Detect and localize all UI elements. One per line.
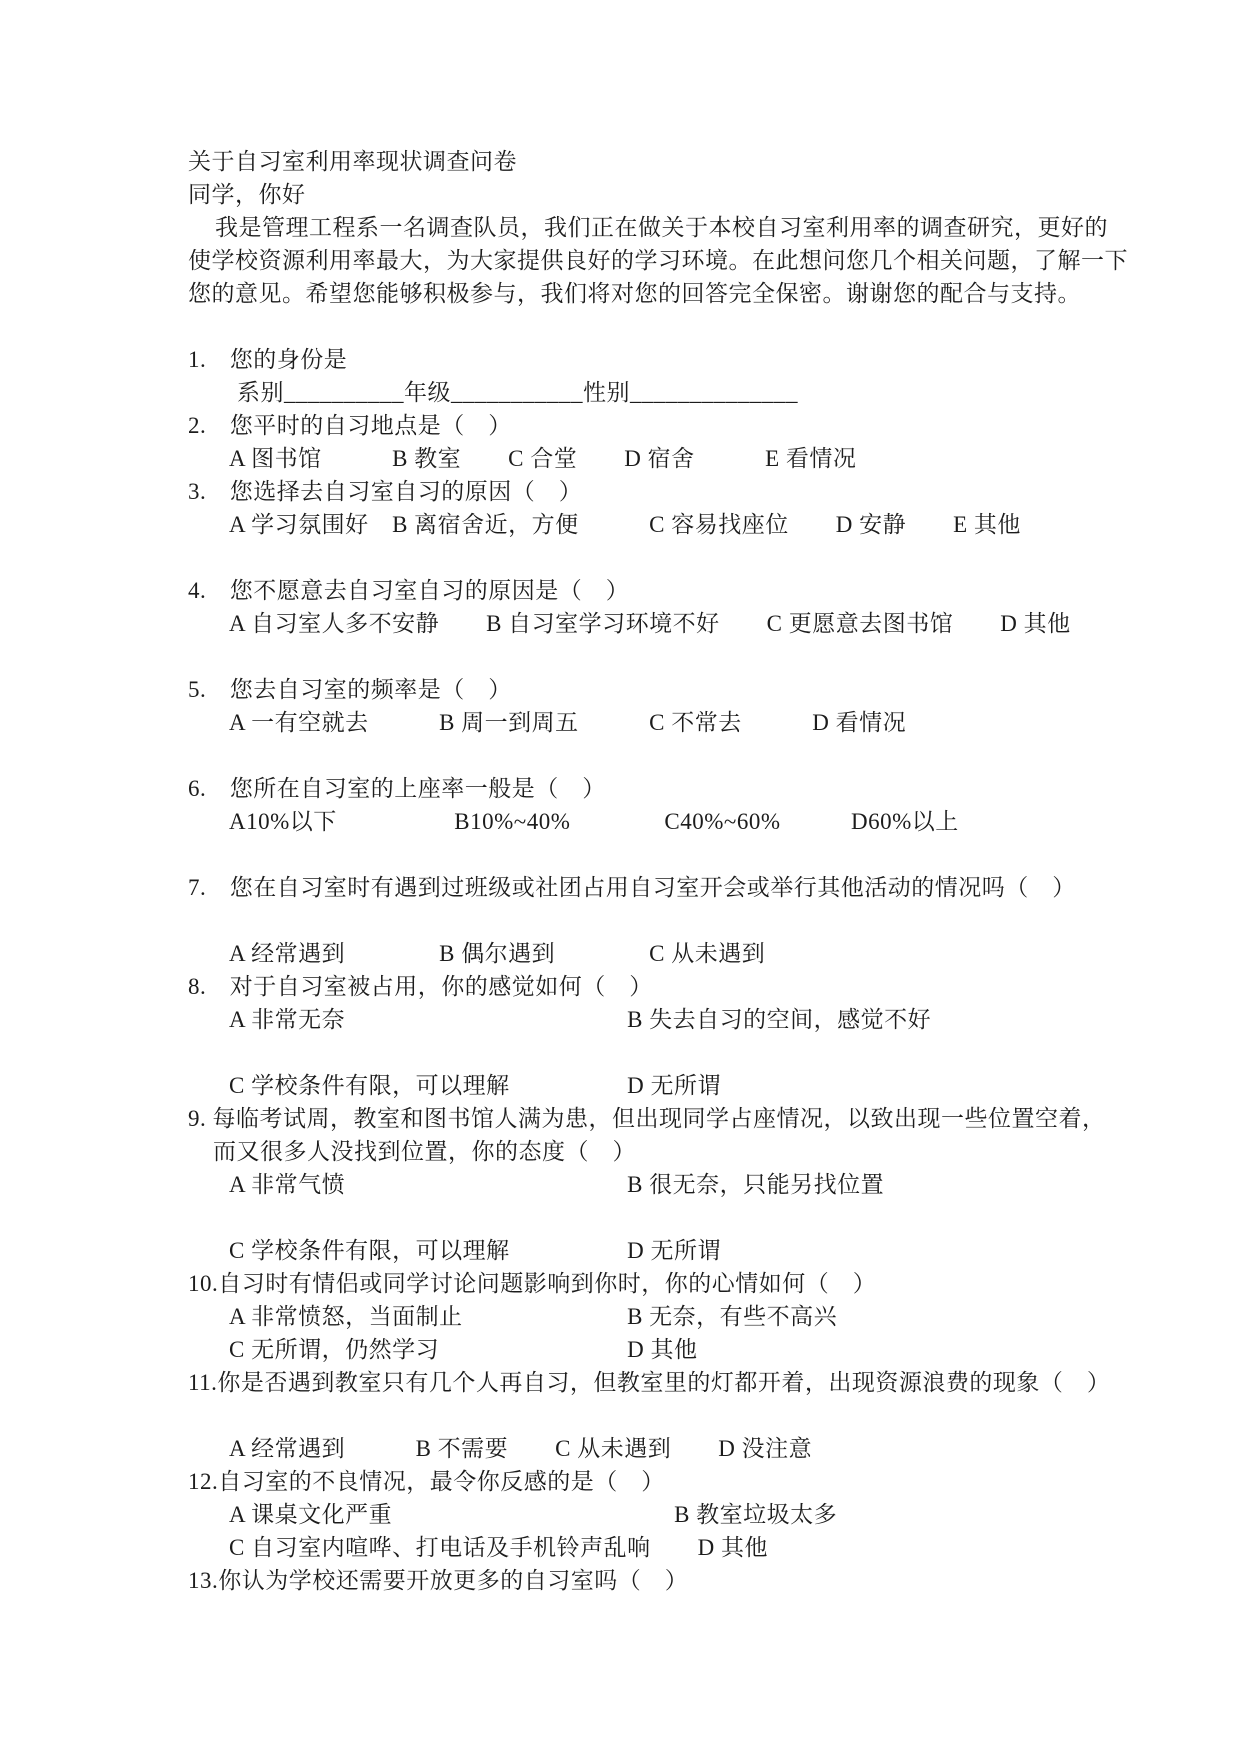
question-5-options-row-1: A 一有空就去 B 周一到周五 C 不常去 D 看情况 (188, 706, 1191, 739)
question-9: 9. 每临考试周，教室和图书馆人满为患，但出现同学占座情况，以致出现一些位置空着… (188, 1102, 1191, 1135)
spacer (188, 1201, 1191, 1234)
question-2-options-row-1: A 图书馆 B 教室 C 合堂 D 宿舍 E 看情况 (188, 442, 1191, 475)
question-8-options-row-1: A 非常无奈 B 失去自习的空间，感觉不好 (188, 1003, 1191, 1036)
question-10-options-row-1: A 非常愤怒，当面制止 B 无奈，有些不高兴 (188, 1300, 1191, 1333)
spacer (188, 541, 1191, 574)
question-11: 11.你是否遇到教室只有几个人再自习，但教室里的灯都开着，出现资源浪费的现象（ … (188, 1366, 1191, 1399)
spacer (188, 1036, 1191, 1069)
question-3-options-row-1: A 学习氛围好 B 离宿舍近，方便 C 容易找座位 D 安静 E 其他 (188, 508, 1191, 541)
question-12-options-row-2: C 自习室内喧哗、打电话及手机铃声乱响 D 其他 (188, 1531, 1191, 1564)
document-page: 关于自习室利用率现状调查问卷 同学，你好 我是管理工程系一名调查队员，我们正在做… (0, 0, 1241, 1754)
document-title: 关于自习室利用率现状调查问卷 (188, 145, 1191, 178)
intro-line-2: 使学校资源利用率最大，为大家提供良好的学习环境。在此想问您几个相关问题，了解一下 (188, 244, 1191, 277)
intro-line-3: 您的意见。希望您能够积极参与，我们将对您的回答完全保密。谢谢您的配合与支持。 (188, 277, 1191, 310)
question-13: 13.你认为学校还需要开放更多的自习室吗（ ） (188, 1564, 1191, 1597)
question-8-options-row-3: C 学校条件有限，可以理解 D 无所谓 (188, 1069, 1191, 1102)
spacer (188, 739, 1191, 772)
spacer (188, 640, 1191, 673)
question-1-fill-line: 系别__________年级___________性别_____________… (188, 376, 1191, 409)
question-11-options-row-1: A 经常遇到 B 不需要 C 从未遇到 D 没注意 (188, 1432, 1191, 1465)
spacer (188, 310, 1191, 343)
spacer (188, 904, 1191, 937)
question-12: 12.自习室的不良情况，最令你反感的是（ ） (188, 1465, 1191, 1498)
question-7: 7. 您在自习室时有遇到过班级或社团占用自习室开会或举行其他活动的情况吗（ ） (188, 871, 1191, 904)
question-4: 4. 您不愿意去自习室自习的原因是（ ） (188, 574, 1191, 607)
spacer (188, 1399, 1191, 1432)
question-1: 1. 您的身份是 (188, 343, 1191, 376)
question-5: 5. 您去自习室的频率是（ ） (188, 673, 1191, 706)
question-9-options-row-1: A 非常气愤 B 很无奈，只能另找位置 (188, 1168, 1191, 1201)
question-12-options-row-1: A 课桌文化严重 B 教室垃圾太多 (188, 1498, 1191, 1531)
question-6: 6. 您所在自习室的上座率一般是（ ） (188, 772, 1191, 805)
question-4-options-row-1: A 自习室人多不安静 B 自习室学习环境不好 C 更愿意去图书馆 D 其他 (188, 607, 1191, 640)
question-9-options-row-3: C 学校条件有限，可以理解 D 无所谓 (188, 1234, 1191, 1267)
questions-list: 1. 您的身份是系别__________年级___________性别_____… (188, 343, 1191, 1597)
greeting-line: 同学，你好 (188, 178, 1191, 211)
question-6-options-row-1: A10%以下 B10%~40% C40%~60% D60%以上 (188, 805, 1191, 838)
question-7-options-row-1: A 经常遇到 B 偶尔遇到 C 从未遇到 (188, 937, 1191, 970)
question-8: 8. 对于自习室被占用，你的感觉如何（ ） (188, 970, 1191, 1003)
question-9-line-2: 而又很多人没找到位置，你的态度（ ） (188, 1135, 1191, 1168)
question-3: 3. 您选择去自习室自习的原因（ ） (188, 475, 1191, 508)
intro-line-1: 我是管理工程系一名调查队员，我们正在做关于本校自习室利用率的调查研究，更好的 (188, 211, 1191, 244)
question-10: 10.自习时有情侣或同学讨论问题影响到你时，你的心情如何（ ） (188, 1267, 1191, 1300)
document-content: 关于自习室利用率现状调查问卷 同学，你好 我是管理工程系一名调查队员，我们正在做… (0, 0, 1241, 1597)
spacer (188, 838, 1191, 871)
question-2: 2. 您平时的自习地点是（ ） (188, 409, 1191, 442)
question-10-options-row-2: C 无所谓，仍然学习 D 其他 (188, 1333, 1191, 1366)
